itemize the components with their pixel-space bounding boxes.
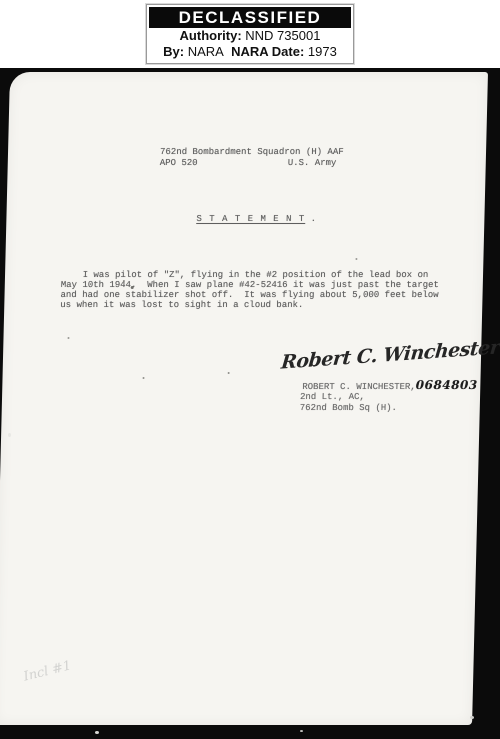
handwritten-signature: Robert C. Winchester [280, 336, 500, 373]
declassified-banner: DECLASSIFIED [149, 7, 351, 28]
frame-speck [300, 730, 303, 732]
scan-speck [355, 258, 357, 260]
by-label: By: [163, 44, 184, 59]
letterhead-army: U.S. Army [288, 158, 337, 168]
authority-label: Authority: [180, 28, 242, 43]
letterhead-unit: 762nd Bombardment Squadron (H) AAF [160, 147, 344, 157]
document-page: 762nd Bombardment Squadron (H) AAF APO 5… [0, 72, 488, 725]
statement-title: S T A T E M E N T [196, 214, 305, 224]
scan-speck [67, 337, 69, 339]
statement-title-period: . [305, 214, 316, 224]
authority-line: Authority: NND 735001 [149, 28, 351, 44]
date-label: NARA Date: [231, 44, 304, 59]
frame-speck [95, 731, 99, 734]
scan-speck [142, 377, 144, 379]
scan-speck [123, 280, 125, 282]
typed-name: ROBERT C. WINCHESTER, [302, 382, 416, 392]
typed-name-line: ROBERT C. WINCHESTER,0684803 [302, 380, 478, 392]
rank-line: 2nd Lt., AC, [300, 392, 365, 402]
body-line-4: us when it was lost to sight in a cloud … [60, 300, 303, 310]
pencil-note: Incl #1 [22, 658, 72, 684]
by-value: NARA [188, 44, 224, 59]
date-value: 1973 [308, 44, 337, 59]
letterhead-apo: APO 520 [160, 158, 198, 168]
statement-title-line: S T A T E M E N T . [196, 214, 316, 224]
nara-line: By: NARA NARA Date: 1973 [149, 44, 351, 60]
frame-speck [470, 716, 474, 719]
body-line-3: and had one stabilizer shot off. It was … [60, 290, 438, 300]
frame-speck [8, 433, 11, 437]
scan-frame: 762nd Bombardment Squadron (H) AAF APO 5… [0, 68, 500, 739]
declassified-stamp: DECLASSIFIED Authority: NND 735001 By: N… [146, 4, 354, 64]
body-line-1: I was pilot of "Z", flying in the #2 pos… [61, 270, 429, 280]
handwritten-service-number: 0684803 [416, 378, 478, 392]
body-line-2: May 10th 1944. When I saw plane #42-5241… [61, 280, 439, 290]
unit-line: 762nd Bomb Sq (H). [300, 403, 397, 413]
scan-speck [228, 372, 230, 374]
authority-value: NND 735001 [245, 28, 320, 43]
